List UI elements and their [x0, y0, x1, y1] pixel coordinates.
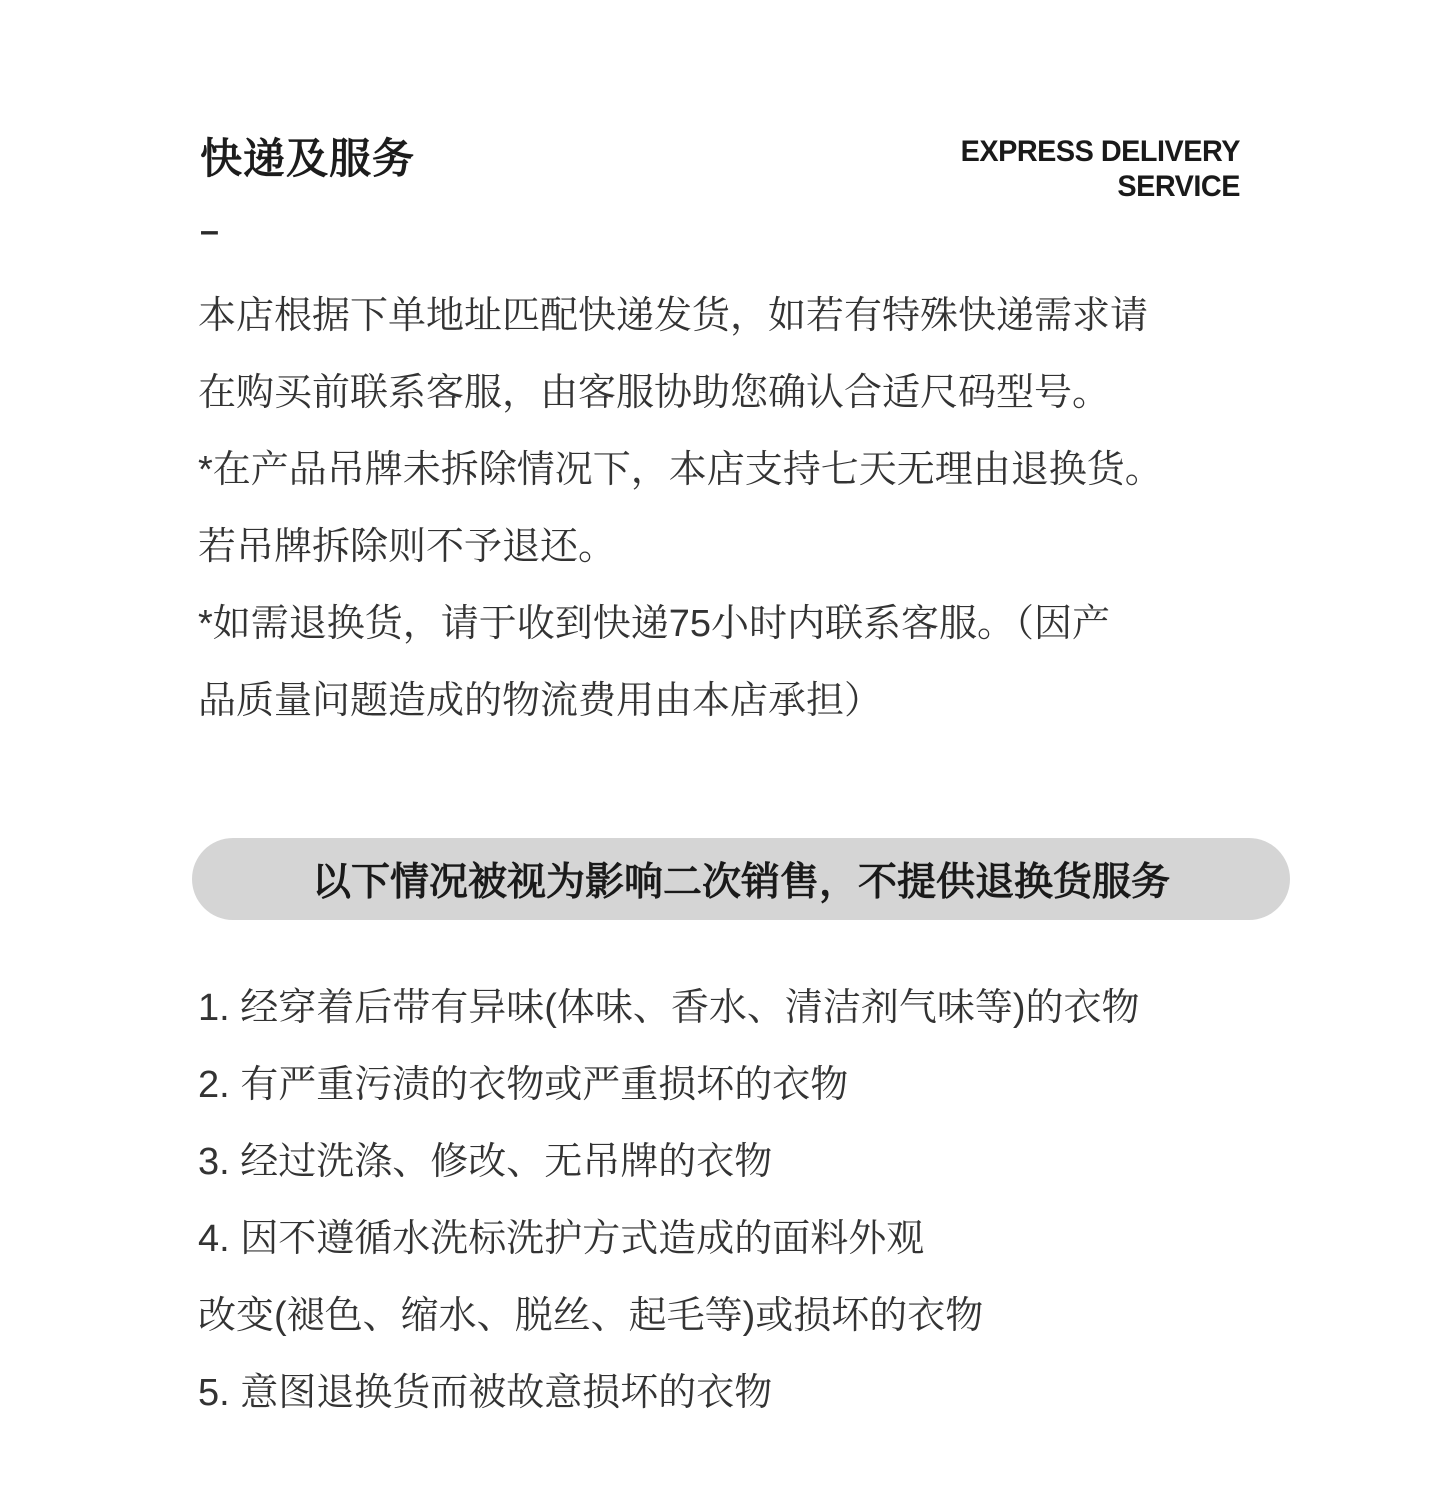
- page-title-english-line2: SERVICE: [961, 169, 1240, 204]
- policy-line: *如需退换货，请于收到快递75小时内联系客服。（因产: [198, 586, 1308, 663]
- express-delivery-service-page: 快递及服务 EXPRESS DELIVERY SERVICE – 本店根据下单地…: [0, 0, 1440, 1508]
- condition-item: 4. 因不遵循水洗标洗护方式造成的面料外观: [198, 1201, 1308, 1278]
- condition-item: 1. 经穿着后带有异味(体味、香水、清洁剂气味等)的衣物: [198, 970, 1308, 1047]
- no-return-conditions-banner: 以下情况被视为影响二次销售，不提供退换货服务: [192, 838, 1290, 920]
- page-title-english: EXPRESS DELIVERY SERVICE: [961, 134, 1240, 204]
- delivery-policy-paragraph: 本店根据下单地址匹配快递发货，如若有特殊快递需求请 在购买前联系客服，由客服协助…: [198, 278, 1308, 740]
- condition-item-continuation: 改变(褪色、缩水、脱丝、起毛等)或损坏的衣物: [198, 1278, 1308, 1355]
- page-title-chinese: 快递及服务: [200, 126, 415, 186]
- policy-line: *在产品吊牌未拆除情况下，本店支持七天无理由退换货。: [198, 432, 1308, 509]
- page-title-english-line1: EXPRESS DELIVERY: [961, 134, 1240, 169]
- title-divider-dash: –: [200, 214, 219, 248]
- policy-line: 本店根据下单地址匹配快递发货，如若有特殊快递需求请: [198, 278, 1308, 355]
- condition-item: 2. 有严重污渍的衣物或严重损坏的衣物: [198, 1047, 1308, 1124]
- policy-line: 品质量问题造成的物流费用由本店承担）: [198, 663, 1308, 740]
- no-return-conditions-list: 1. 经穿着后带有异味(体味、香水、清洁剂气味等)的衣物 2. 有严重污渍的衣物…: [198, 970, 1308, 1432]
- condition-item: 5. 意图退换货而被故意损坏的衣物: [198, 1355, 1308, 1432]
- policy-line: 若吊牌拆除则不予退还。: [198, 509, 1308, 586]
- condition-item: 3. 经过洗涤、修改、无吊牌的衣物: [198, 1124, 1308, 1201]
- policy-line: 在购买前联系客服，由客服协助您确认合适尺码型号。: [198, 355, 1308, 432]
